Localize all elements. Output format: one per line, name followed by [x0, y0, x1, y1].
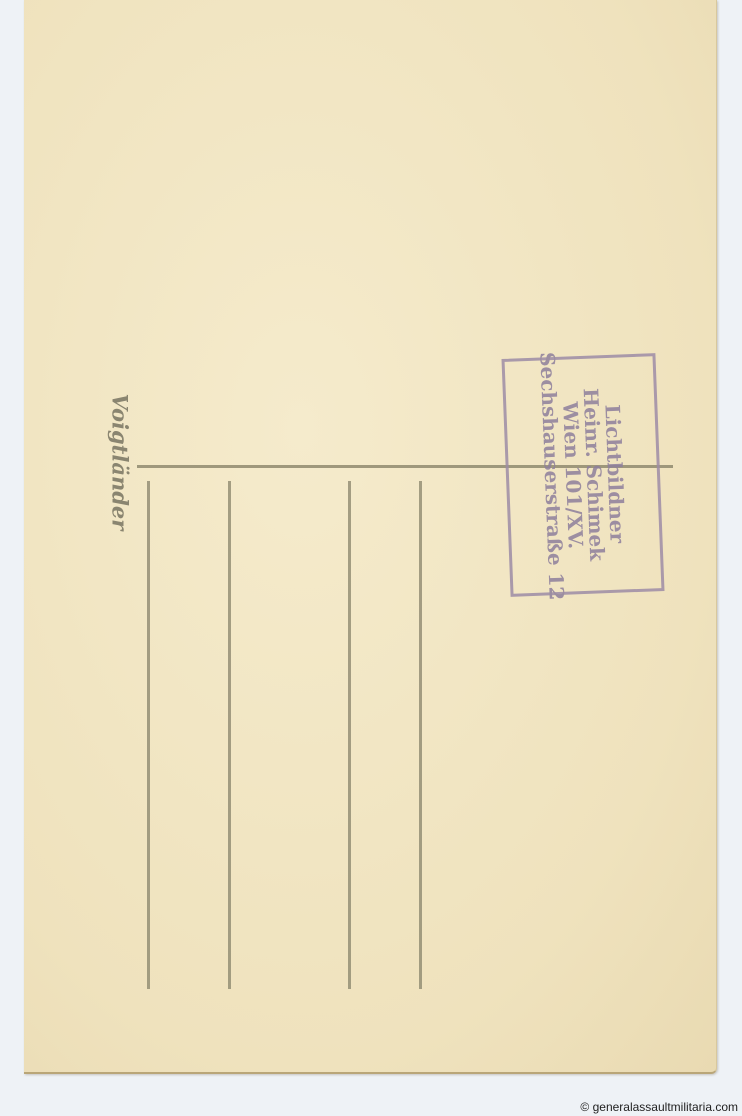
address-line-4 — [419, 481, 422, 989]
address-line-1 — [147, 481, 150, 989]
copyright-watermark: © generalassaultmilitaria.com — [580, 1100, 738, 1114]
brand-mark: Voigtländer — [100, 382, 140, 542]
stamp-line: Sechshauserstraße 12 — [536, 352, 567, 601]
postcard-back: Voigtländer Lichtbildner Heinr. Schimek … — [24, 0, 717, 1074]
photographer-stamp: Lichtbildner Heinr. Schimek Wien 101/XV.… — [501, 353, 664, 597]
address-line-3 — [348, 481, 351, 989]
address-line-2 — [228, 481, 231, 989]
